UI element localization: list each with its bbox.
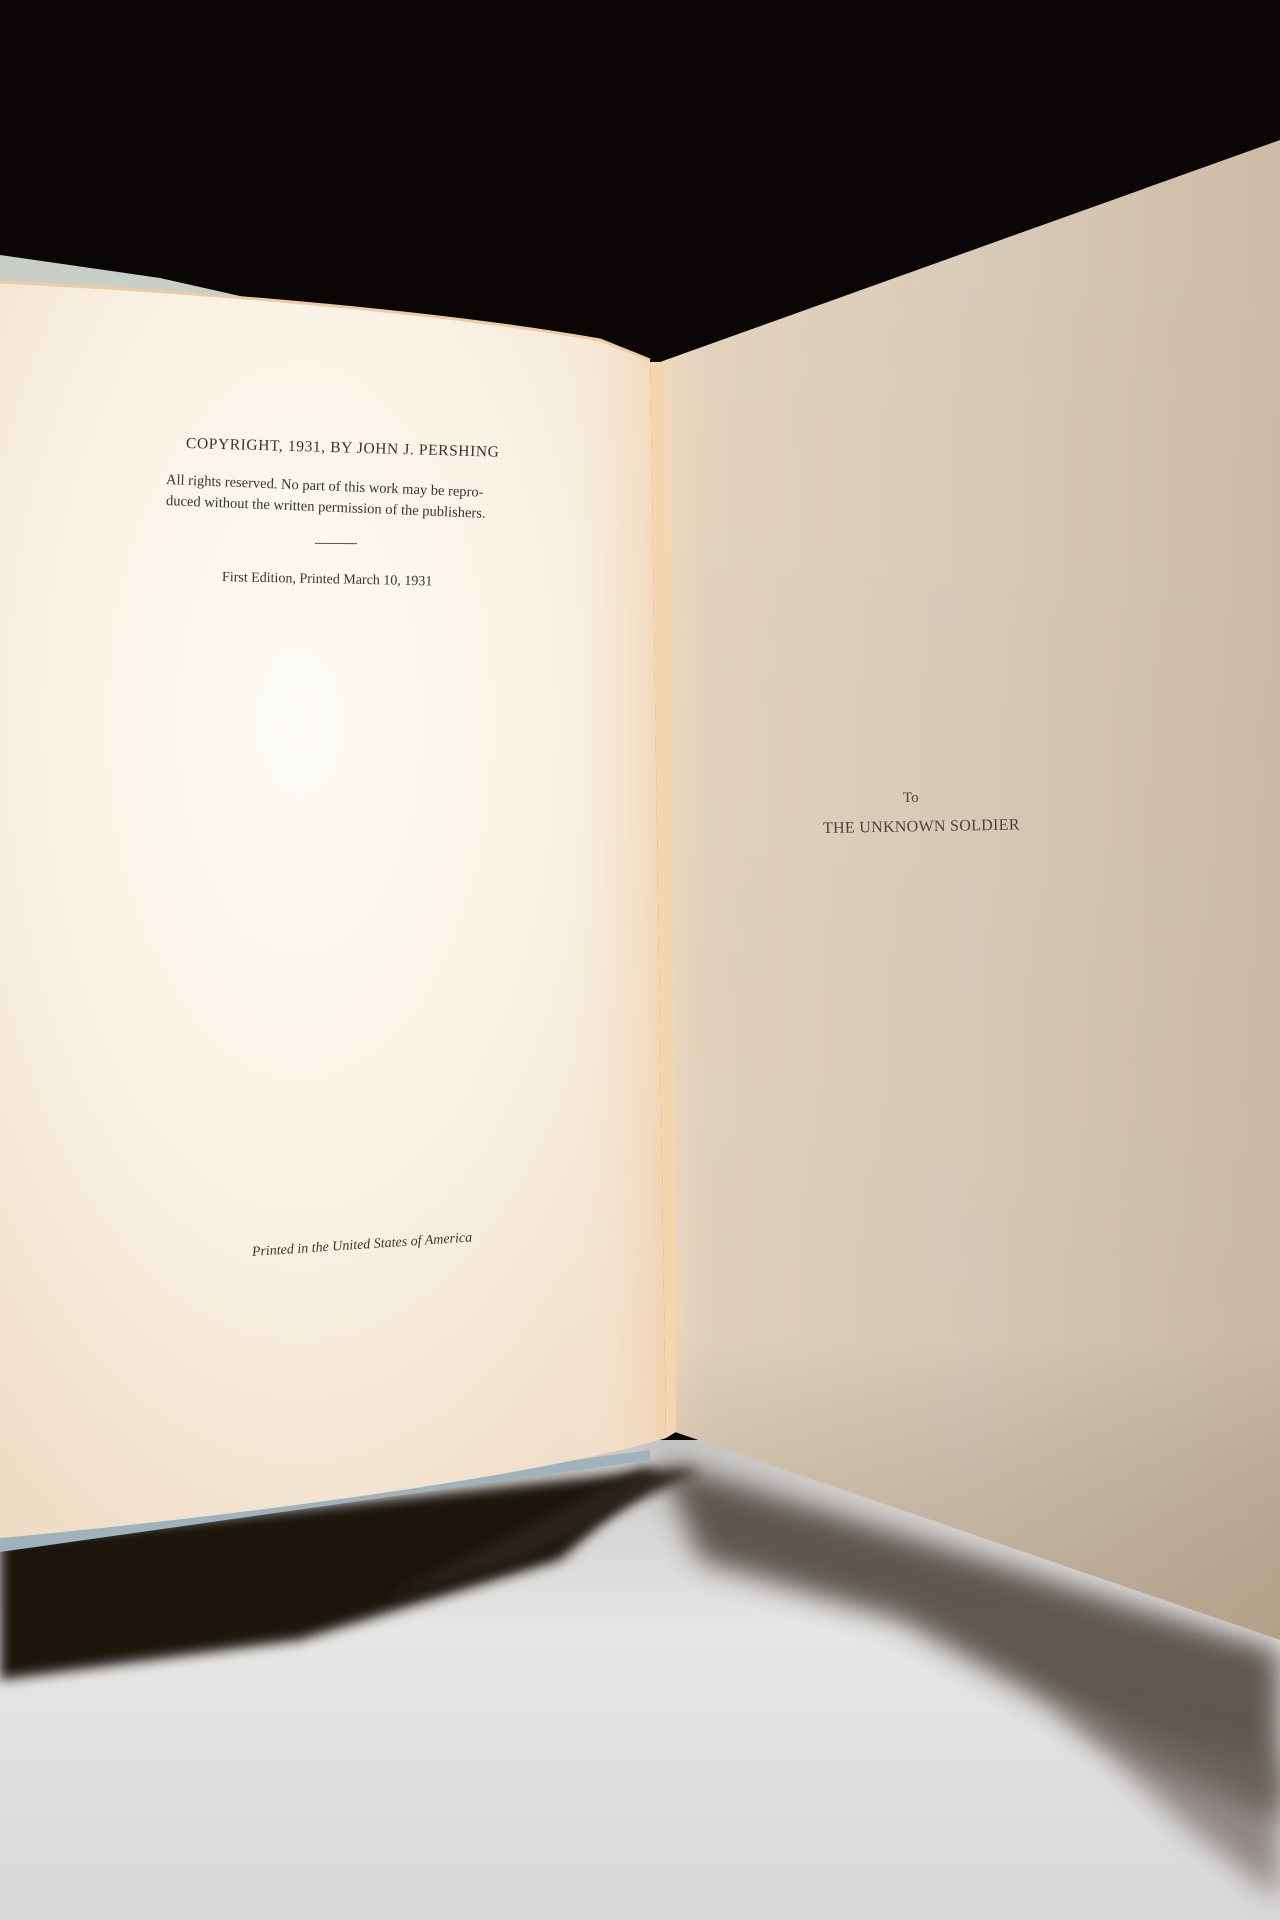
dedication-name: THE UNKNOWN SOLDIER (823, 817, 1020, 838)
dedication-to: To (903, 790, 919, 807)
book-photo: COPYRIGHT, 1931, BY JOHN J. PERSHING All… (0, 0, 1280, 1920)
open-book (0, 0, 1280, 1920)
